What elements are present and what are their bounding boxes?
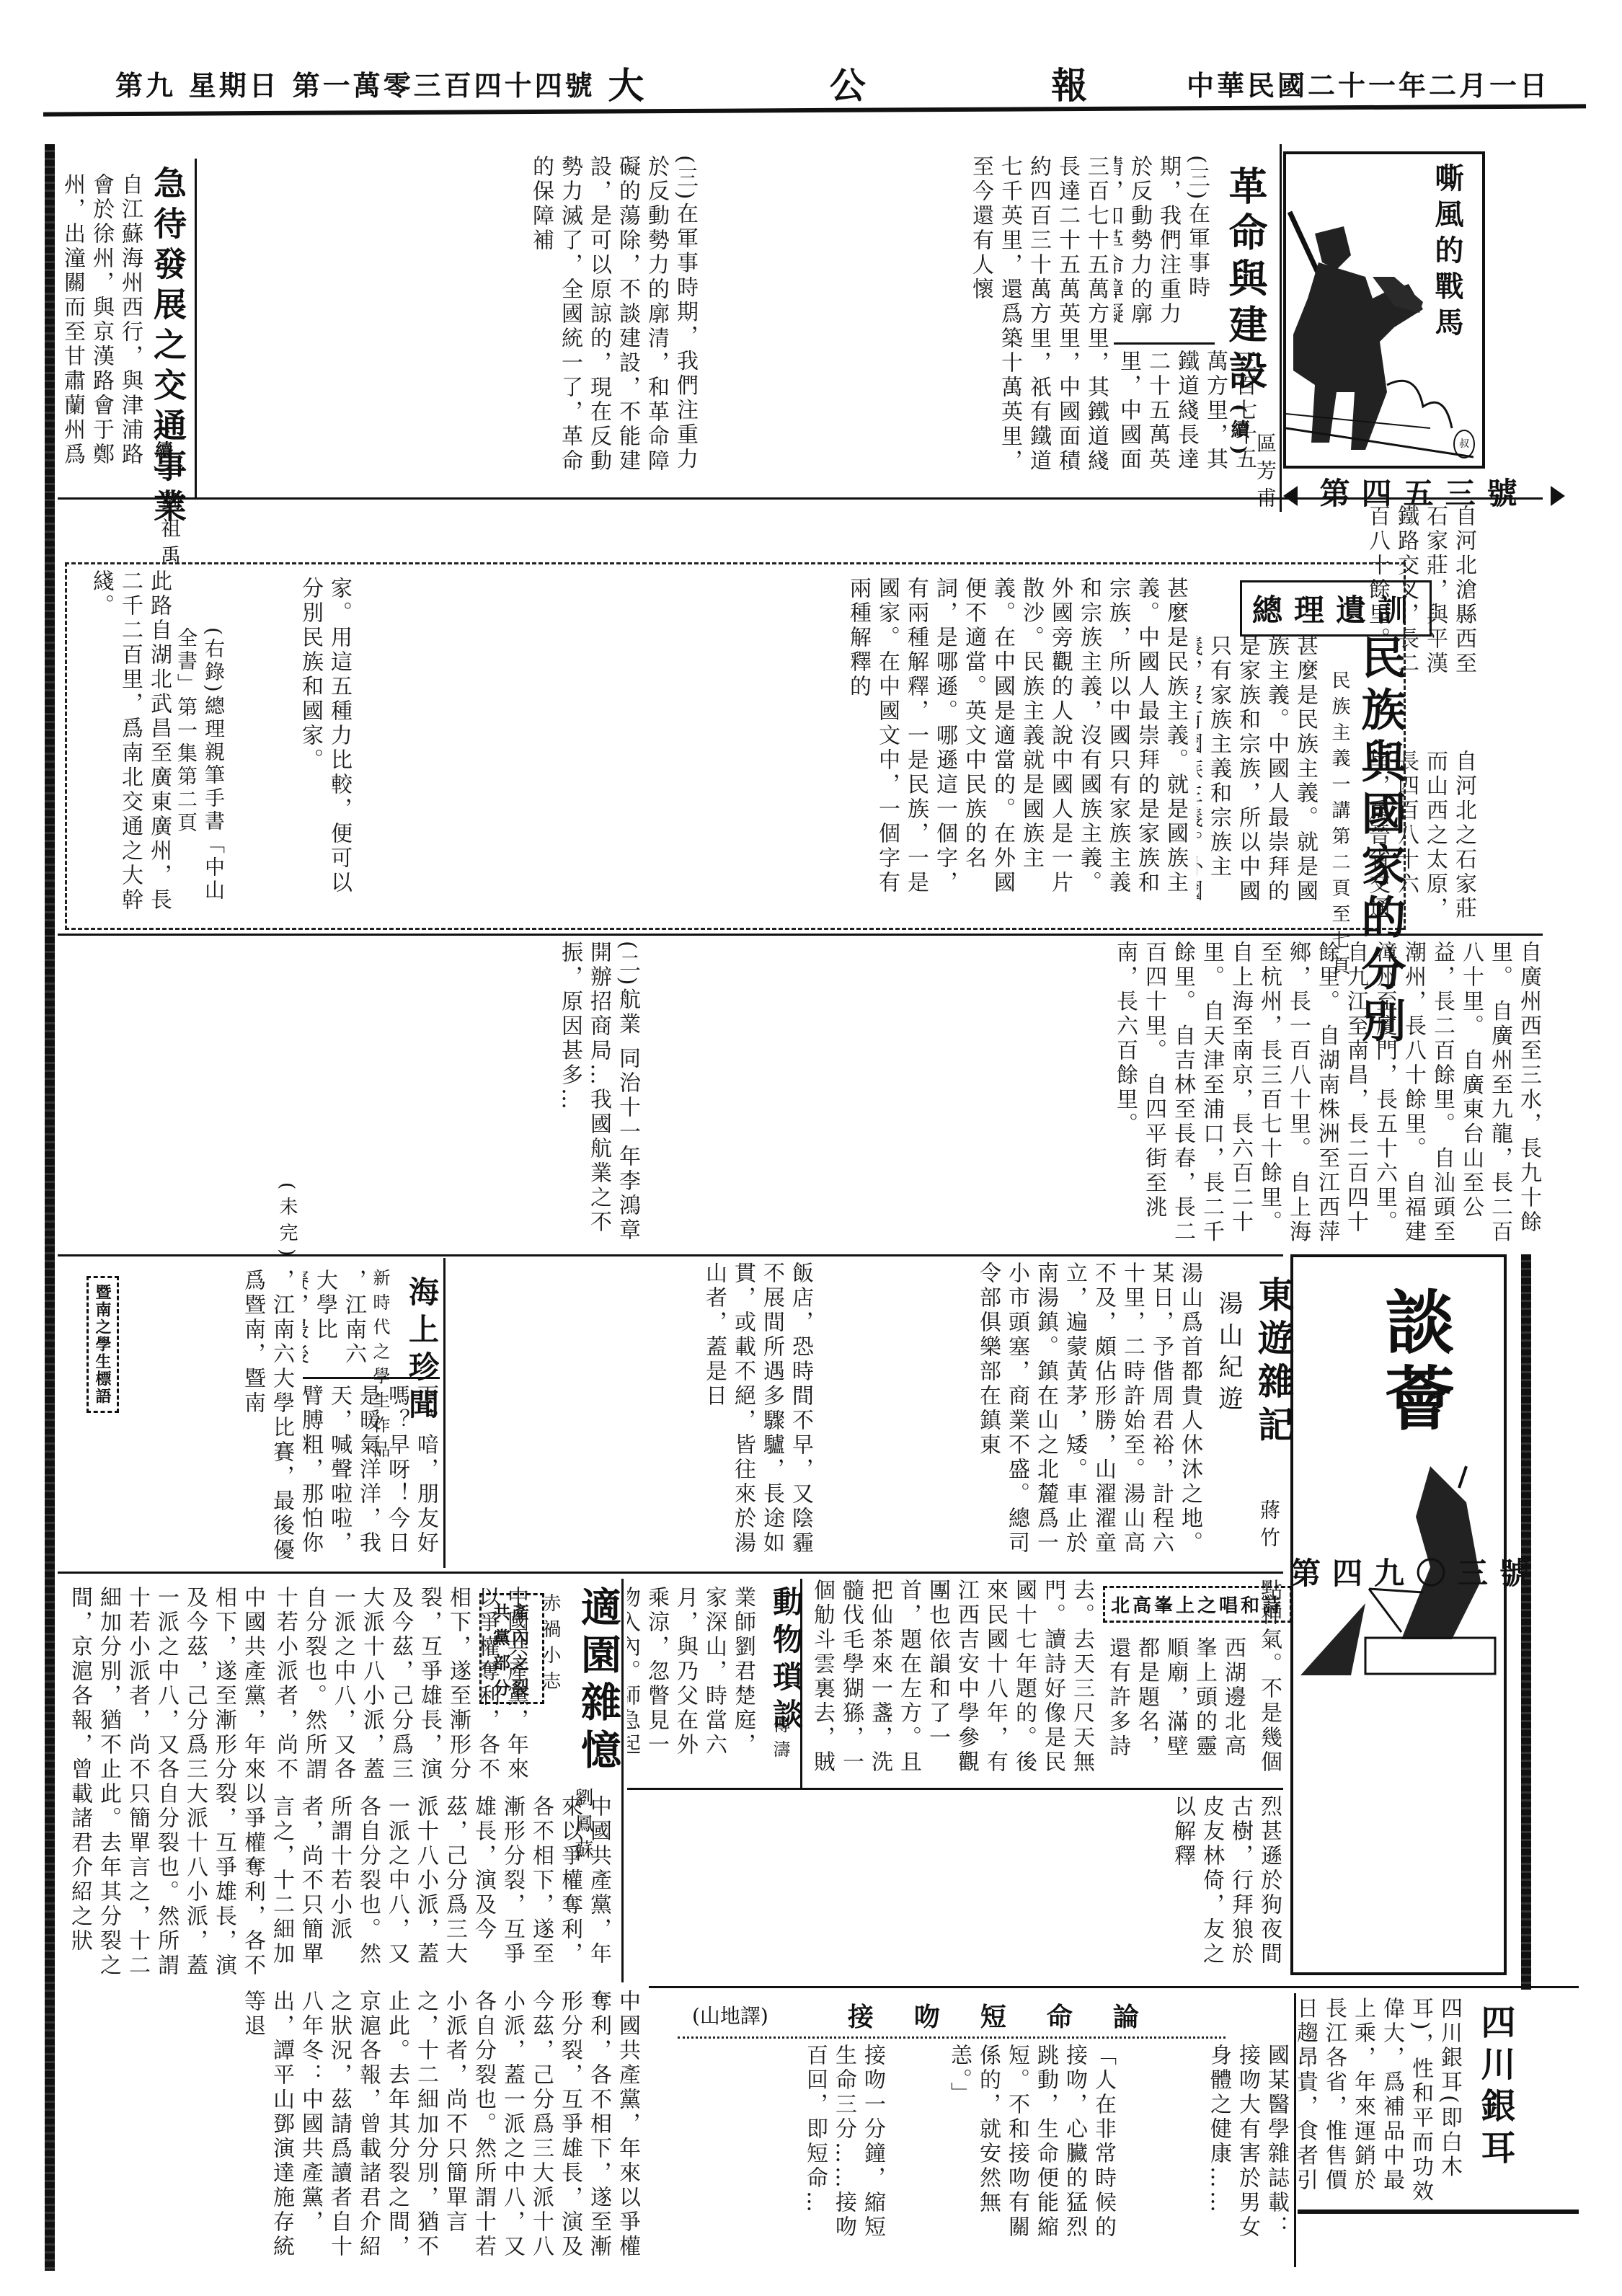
column-rule [443, 1258, 446, 1568]
section-box-zongli: 總理遺訓 [1240, 580, 1432, 637]
artist-seal: 叔 [1453, 430, 1475, 458]
kiss-paragraph-3: 接吻一分鐘，縮短生命三分……接吻百回，即短命… [670, 2044, 887, 2260]
wavy-rule [678, 2036, 1226, 2039]
column-rule [1294, 1993, 1296, 2267]
issue-line: 第一萬零三百四十四號 [293, 63, 595, 103]
poem-side-box: 北高峯上之唱和詩 [1103, 1586, 1292, 1623]
dog-article: 烈甚遜於狗夜間古樹，行拜狼於皮友林倚，友之以解釋 [634, 1795, 1283, 1975]
revolution-paragraph-2: 三百七十五萬方里，其鐵道綫長達二十五萬英里，中國面積約四百三十萬方里，祇有鐵道七… [1114, 350, 1258, 487]
sea-paragraph-1: ，江南六大學比賽，最後優爲暨南，暨南 [303, 1269, 368, 1370]
kiss-paragraph-2: 「人在非常時候的接吻，心臟的猛烈跳動，生命便能縮短。不和接吻有關係的，就安然無恙… [894, 2044, 1117, 2260]
nation-body: 甚麼是民族主義。就是國族主義。中國人最崇拜的是家族和宗族，所以中國只有家族主義和… [360, 577, 1189, 916]
cavalry-illustration-frame: 嘶風的戰馬 叔 [1283, 151, 1485, 469]
transport-item-8: 自江蘇海州西行，與津浦路會於徐州，與京漢路會于鄭州，出潼關而至甘肅蘭州爲止。貫通… [58, 173, 144, 490]
illustration-caption: 嘶風的戰馬 [1427, 163, 1468, 343]
nation-paragraph: 甚麼是民族主義。就是國族主義。中國人最崇拜的是家族和宗族，所以中國只有家族主義和… [1197, 634, 1319, 916]
revolution-body-columns: 三百七十五萬方里，其鐵道綫長達二十五萬英里，中國面積約四百三十萬方里，祇有鐵道七… [706, 155, 1110, 494]
garden-title: 適園雜憶 [570, 1586, 627, 1776]
trip-author: 蔣竹 [1254, 1499, 1283, 1554]
garden-paragraph-continued: 中國共產黨，年來以爭權奪利，各不相下，遂至漸形分裂，互爭雄長，演及今茲，己分爲三… [65, 1586, 267, 1990]
paper-name: 大 公 報 [608, 57, 1174, 109]
masthead: 第九 星期日 第一萬零三百四十四號 大 公 報 中華民國二十一年二月一日 [115, 61, 1550, 105]
sea-paragraph-2: 下。喑，朋友好嗎？早呀！今日是暖氣洋洋，我天，喊聲啦啦，臂膊粗，那怕你一脚 [303, 1384, 440, 1564]
trip-paragraph-1: 湯山爲首都貴人休沐之地。某日，予偕周君裕，計程六十里，二時許始至。湯山高不及，頗… [822, 1262, 1204, 1564]
revolution-paragraph-1: (三)在軍事時期，我們注重力於反動勢力的廓清，和革命障礙的蕩除，不談建設，不能建… [1114, 155, 1211, 339]
garden-paragraph-more: 中國共產黨，年來以爭權奪利，各不相下，遂至漸形分裂，互爭雄長，演及今茲，己分爲三… [274, 1795, 613, 1982]
kiss-paragraph-1: 國某醫學雜誌載：接吻大有害於男女身體之健康…… [1125, 2044, 1290, 2260]
transport-item-11: 此路自湖北武昌至廣東廣州，長二千二百里，爲南北交通之大幹綫。 [65, 569, 173, 916]
animal-paragraph: 業師劉君楚庭，家深山，時當六月，與乃父在外乘涼，忽瞥見一物入內。師急起視，恐野貓… [627, 1586, 757, 1781]
nation-source-note: (右錄)總理親筆手書「中山全書」第一集第二頁 [177, 627, 227, 916]
fungus-paragraph: 四川銀耳(即白木耳)，性和平而功效偉大，爲補品中最上乘，年來運銷於長江各省，惟售… [1298, 1997, 1463, 2206]
garden-bottom-continued: 中國共產黨，年來以爭權奪利，各不相下，遂至漸形分裂，互爭雄長，演及今茲，己分爲三… [65, 1990, 642, 2264]
transport-author: 劉祖禹 [155, 490, 184, 572]
transport-continued: (續) [150, 425, 175, 481]
section-rule [58, 934, 1543, 936]
transport-items-list: 自廣州西至三水，長九十餘里。 自廣州至九龍，長二百八十里。 自廣東台山至公益，長… [649, 941, 1543, 1251]
animal-author: 傳濤 [768, 1716, 793, 1765]
triangle-right-icon [1551, 486, 1565, 506]
section-rule [1298, 2209, 1579, 2214]
transport-shipping-note: (二)航業 同治十一年李鴻章開辦招商局…我國航業之不振，原因甚多… [303, 941, 642, 1251]
divider [303, 1377, 440, 1379]
trip-paragraph-2: 飯店，恐時間不早，又陰霾不展間所遇多驟驢，長途如貫，或載不絕，皆往來於湯山者，蓋… [447, 1262, 815, 1564]
animal-title: 動物瑣談 [764, 1586, 807, 1736]
date-line: 中華民國二十一年二月一日 [1187, 63, 1550, 103]
nation-conclusion: 家。用這五種力比較，便可以分別民族和國家。 [231, 577, 353, 916]
section-rule [58, 497, 1543, 500]
section-rule [649, 1986, 1579, 1988]
column-rule [195, 159, 197, 497]
fungus-title: 四川銀耳 [1471, 2004, 1520, 2171]
tanhui-header: 談薈 [1365, 1286, 1464, 1439]
section-rule [58, 1572, 1283, 1574]
triangle-left-icon [1283, 486, 1298, 506]
section-rule [627, 1788, 1283, 1790]
transport-closing: (未完) [274, 1182, 301, 1263]
column-rule [1280, 144, 1282, 512]
trip-title: 東遊雜記 [1247, 1276, 1299, 1449]
sea-body: ，江南六大學比賽，最後優爲暨南，暨南 [65, 1269, 296, 1564]
left-border [45, 144, 55, 2271]
issue-banner-tanhui: 第四九〇三號 [1290, 1550, 1507, 1593]
page-label: 第九 [115, 63, 176, 103]
poem-paragraph-1: 西湖邊北高峯上頭的靈順廟，滿壁都是題名，還有許多詩詞題名。各學校參觀團體得題名的… [1103, 1636, 1247, 1781]
poem-paragraph-2: 去。去天三尺天無門。讀詩好像是民國十七年題的。後來民國十八年，有江西吉安中學參觀… [807, 1579, 1096, 1781]
right-border [1521, 1254, 1531, 1990]
garden-paragraph: 中國共產黨，年來以爭權奪利，各不相下，遂至漸形分裂，互爭雄長，演及今茲，己分爲三… [274, 1586, 530, 1788]
weekday: 星期日 [189, 63, 280, 103]
section-rule [58, 1254, 1283, 1256]
kiss-title: 接吻短命論 [848, 1997, 1179, 2034]
trip-subtitle: 湯山紀遊 [1211, 1290, 1246, 1417]
kiss-header: (山地譯) 接吻短命論 [670, 1997, 1290, 2033]
revolution-body-columns-2: (三)在軍事時期，我們注重力於反動勢力的廓清，和革命障礙的蕩除，不談建設，不能建… [209, 155, 699, 494]
tanhui-frame: 談薈 [1290, 1254, 1507, 1975]
kiss-translator: (山地譯) [692, 2000, 768, 2029]
divider [1114, 342, 1215, 345]
